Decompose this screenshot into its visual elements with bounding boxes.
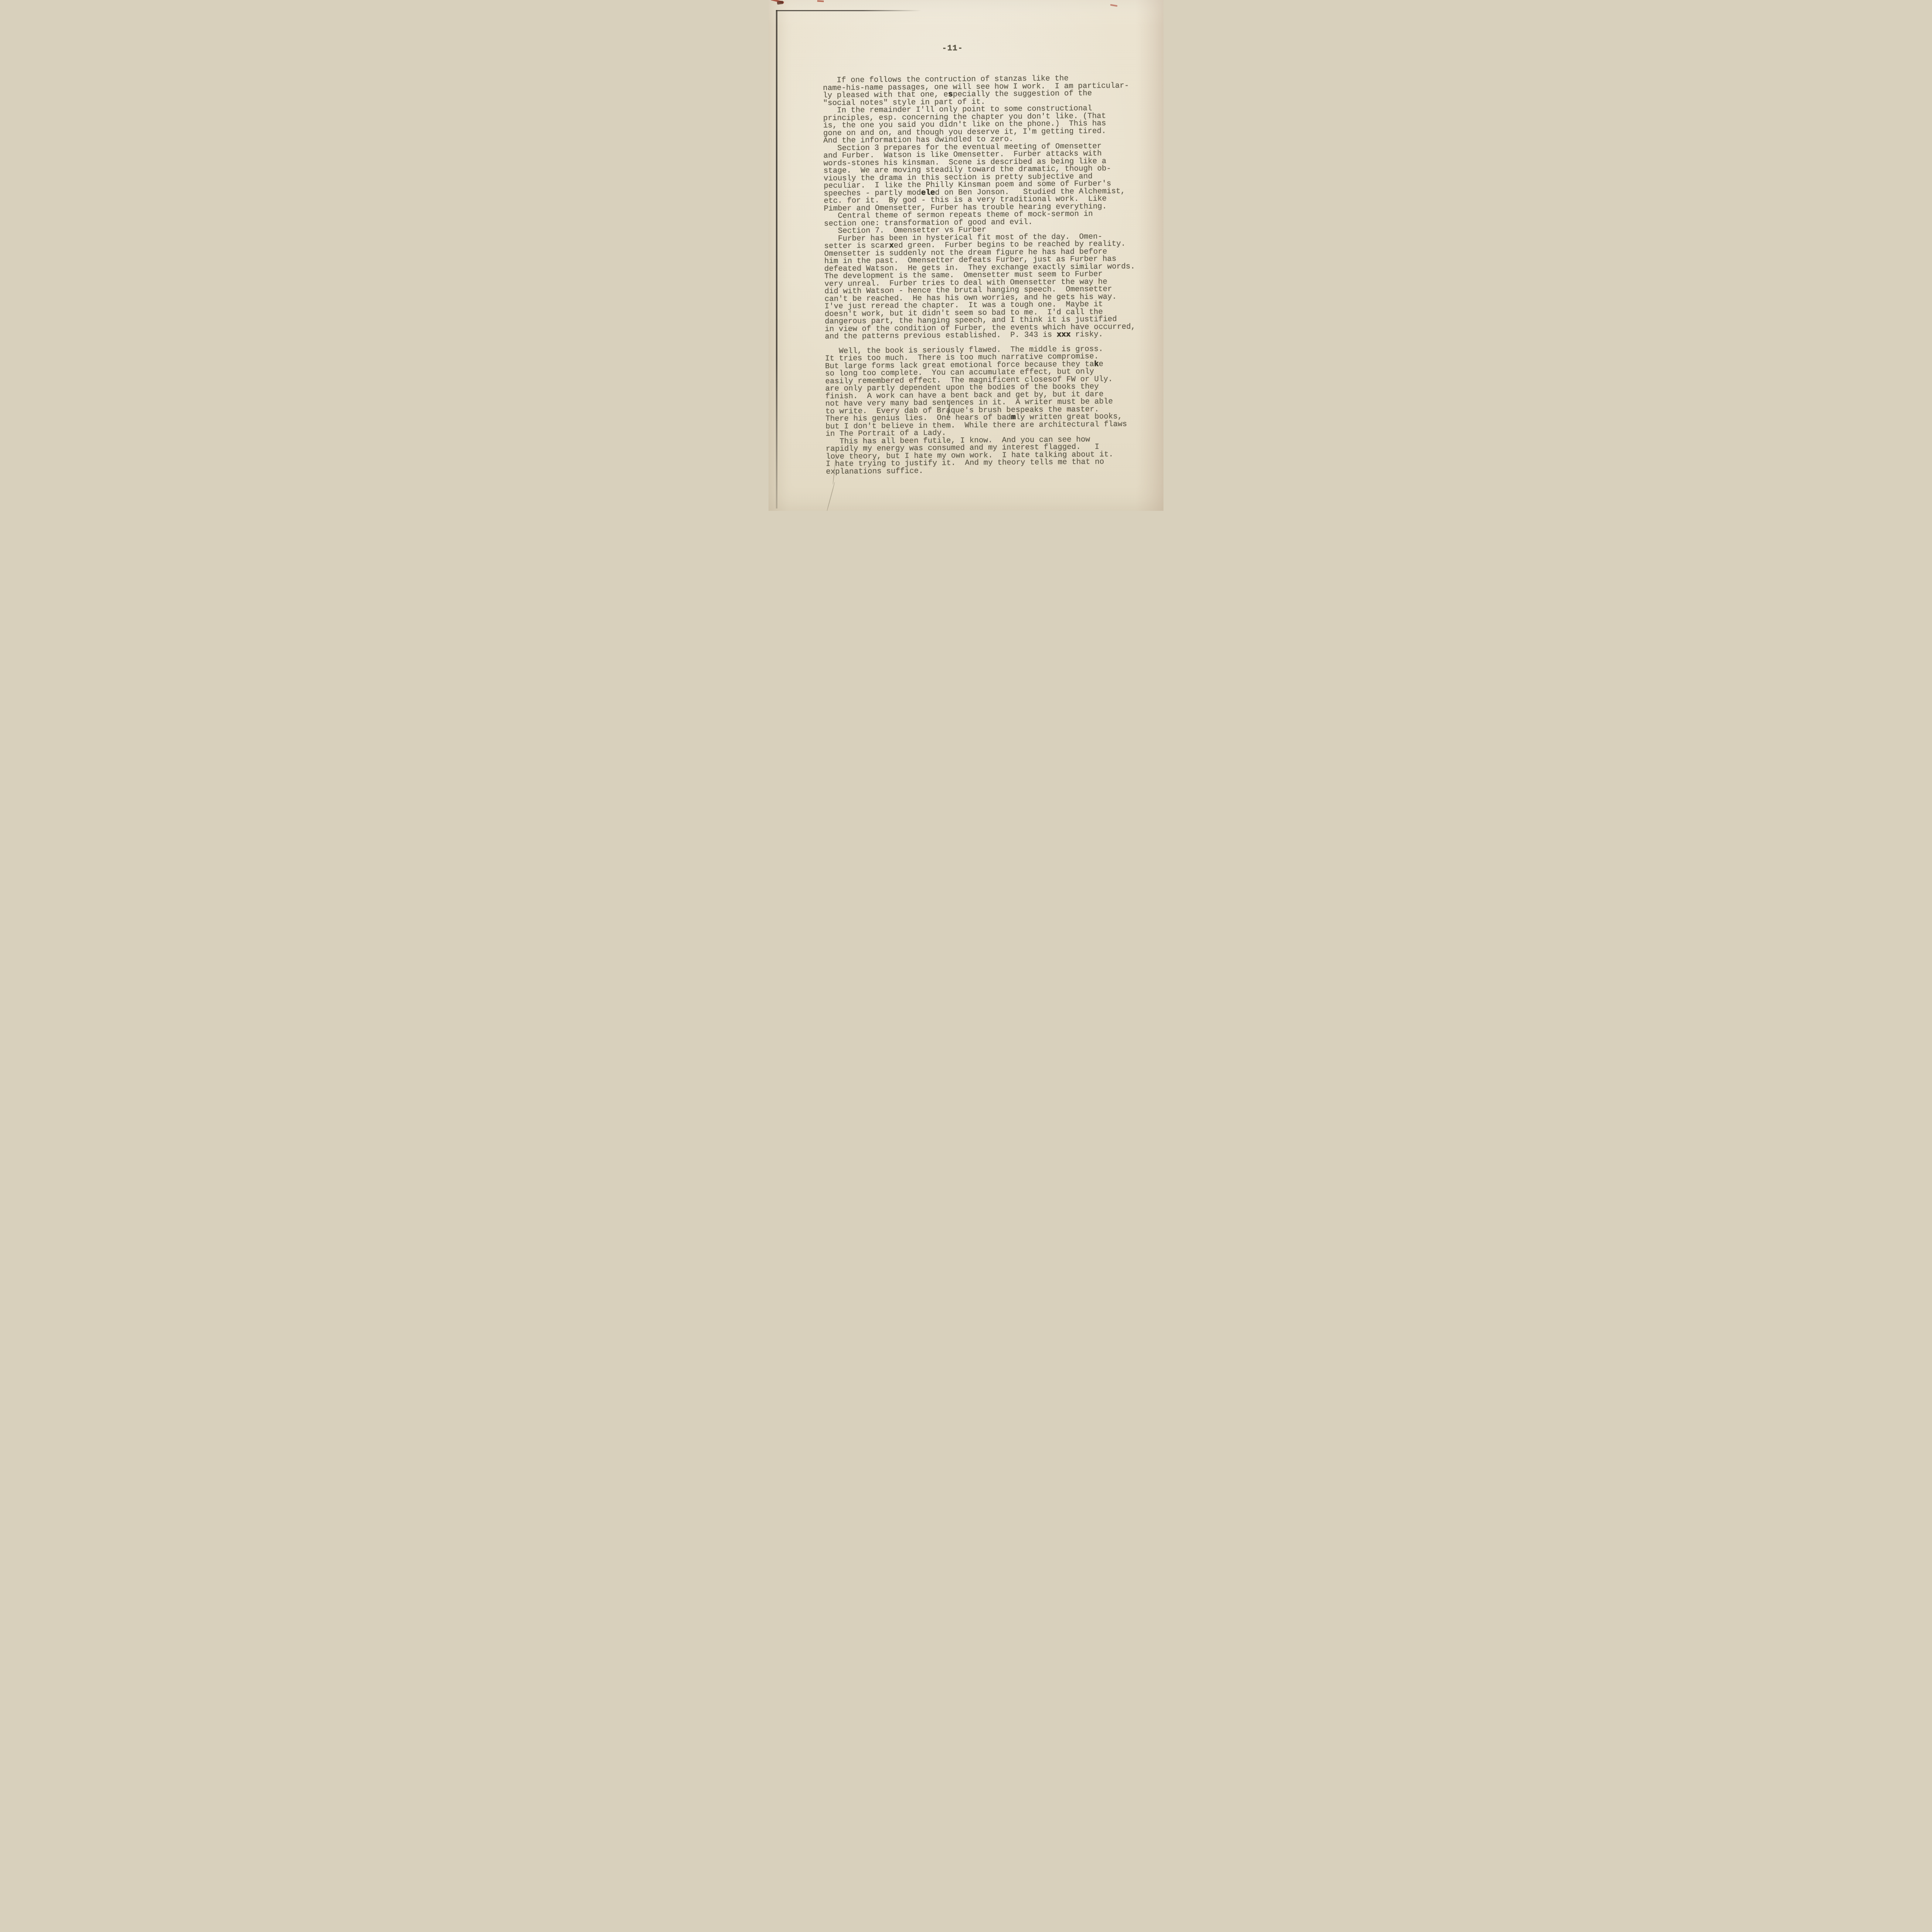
text-line: and the patterns previous established. P… <box>825 330 1150 340</box>
paragraph: Section 3 prepares for the eventual meet… <box>823 142 1148 213</box>
page-number: -11- <box>942 44 988 53</box>
paragraph: This has all been futile, I know. And yo… <box>826 435 1151 476</box>
paragraph: In the remainder I'll only point to some… <box>823 104 1148 145</box>
paragraph: If one follows the contruction of stanza… <box>823 74 1148 107</box>
scanned-page: -11- If one follows the contruction of s… <box>769 0 1163 511</box>
paragraph: Well, the book is seriously flawed. The … <box>825 345 1150 438</box>
overstrike-text: k <box>1094 360 1099 369</box>
paragraph: Central theme of sermon repeats theme of… <box>824 210 1148 228</box>
text-run: risky. <box>1071 330 1103 339</box>
letter-body: If one follows the contruction of stanza… <box>823 74 1150 476</box>
text-run: and the patterns previous established. P… <box>825 330 1057 341</box>
page-content: -11- If one follows the contruction of s… <box>769 0 1163 511</box>
overstrike-text: xxx <box>1057 330 1071 339</box>
text-run: explanations suffice. <box>826 466 923 476</box>
paragraph: Furber has been in hysterical fit most o… <box>824 233 1150 341</box>
text-run: e <box>1099 360 1103 369</box>
